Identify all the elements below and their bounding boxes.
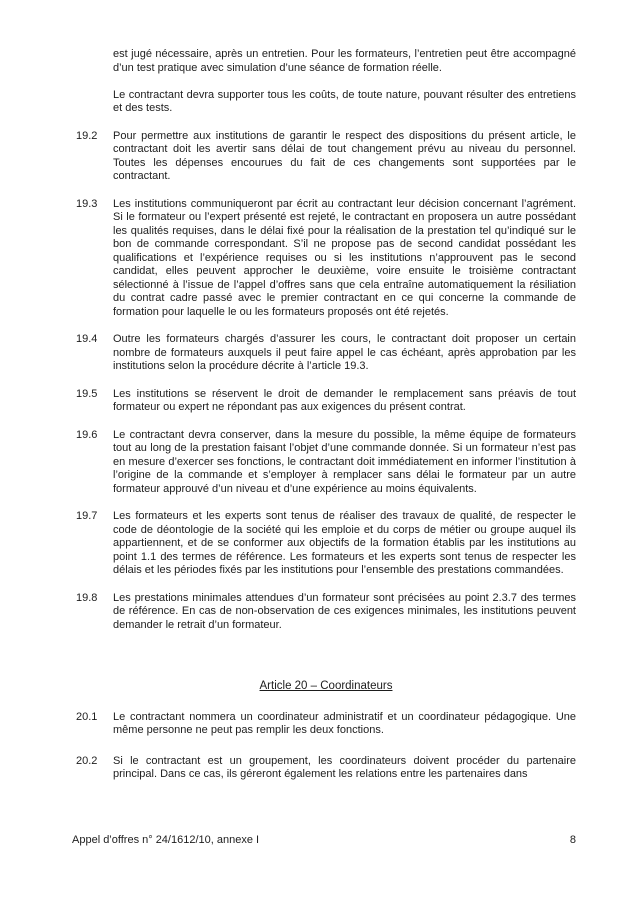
clause-text: Pour permettre aux institutions de garan… <box>113 130 576 184</box>
clause-19-3: 19.3 Les institutions communiqueront par… <box>76 198 576 320</box>
page-footer: Appel d’offres n° 24/1612/10, annexe I 8 <box>72 834 576 848</box>
clause-number: 19.5 <box>76 388 113 415</box>
clause-text: Les institutions se réservent le droit d… <box>113 388 576 415</box>
clause-20-1: 20.1 Le contractant nommera un coordinat… <box>76 711 576 738</box>
clause-text: Les formateurs et les experts sont tenus… <box>113 510 576 578</box>
clause-number: 19.8 <box>76 592 113 633</box>
clause-number: 19.4 <box>76 333 113 374</box>
clause-number: 19.6 <box>76 429 113 497</box>
clause-number: 19.7 <box>76 510 113 578</box>
clause-text: Outre les formateurs chargés d’assurer l… <box>113 333 576 374</box>
clause-number: 19.3 <box>76 198 113 320</box>
clause-number: 20.1 <box>76 711 113 738</box>
clause-19-7: 19.7 Les formateurs et les experts sont … <box>76 510 576 578</box>
footer-page-number: 8 <box>570 834 576 848</box>
page-content: est jugé nécessaire, après un entretien.… <box>76 48 576 782</box>
article-heading-text: Article 20 – Coordinateurs <box>260 680 393 692</box>
clause-19-6: 19.6 Le contractant devra conserver, dan… <box>76 429 576 497</box>
clause-20-2: 20.2 Si le contractant est un groupement… <box>76 755 576 782</box>
intro-paragraph: Le contractant devra supporter tous les … <box>113 89 576 116</box>
clause-text: Le contractant devra conserver, dans la … <box>113 429 576 497</box>
clause-19-4: 19.4 Outre les formateurs chargés d’assu… <box>76 333 576 374</box>
clause-text: Les prestations minimales attendues d’un… <box>113 592 576 633</box>
intro-paragraph: est jugé nécessaire, après un entretien.… <box>113 48 576 75</box>
clause-number: 19.2 <box>76 130 113 184</box>
article-heading: Article 20 – Coordinateurs <box>76 680 576 694</box>
clause-19-5: 19.5 Les institutions se réservent le dr… <box>76 388 576 415</box>
document-page: est jugé nécessaire, après un entretien.… <box>0 0 636 900</box>
clause-19-8: 19.8 Les prestations minimales attendues… <box>76 592 576 633</box>
clause-text: Si le contractant est un groupement, les… <box>113 755 576 782</box>
clause-19-2: 19.2 Pour permettre aux institutions de … <box>76 130 576 184</box>
clause-text: Le contractant nommera un coordinateur a… <box>113 711 576 738</box>
clause-text: Les institutions communiqueront par écri… <box>113 198 576 320</box>
clause-number: 20.2 <box>76 755 113 782</box>
footer-reference: Appel d’offres n° 24/1612/10, annexe I <box>72 834 259 848</box>
